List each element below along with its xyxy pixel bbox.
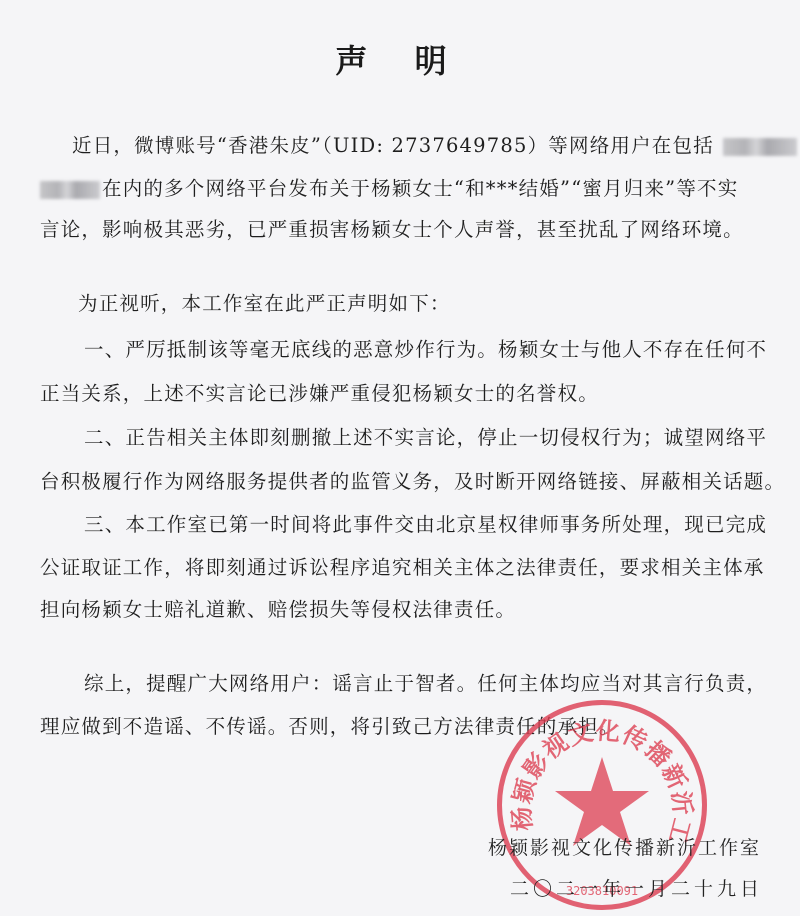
signature-date: 二〇二一年一月二十九日: [510, 875, 763, 903]
paragraph-1-line-3: 言论，影响极其恶劣，已严重损害杨颖女士个人声誉，甚至扰乱了网络环境。: [40, 216, 744, 244]
item-1-line-1: 一、严厉抵制该等毫无底线的恶意炒作行为。杨颖女士与他人不存在任何不: [84, 336, 767, 364]
paragraph-2-line-1: 为正视听，本工作室在此严正声明如下：: [78, 290, 451, 318]
statement-document: 声 明 近日，微博账号“香港朱皮”（UID: 2737649785）等网络用户在…: [0, 0, 800, 916]
signature-organization: 杨颖影视文化传播新沂工作室: [488, 834, 761, 862]
item-3-line-3: 担向杨颖女士赔礼道歉、赔偿损失等侵权法律责任。: [40, 596, 516, 624]
closing-line-1: 综上，提醒广大网络用户：谣言止于智者。任何主体均应当对其言行负责，: [84, 670, 767, 698]
paragraph-1-line-1: 近日，微博账号“香港朱皮”（UID: 2737649785）等网络用户在包括: [72, 132, 800, 160]
item-3-line-1: 三、本工作室已第一时间将此事件交由北京星权律师事务所处理，现已完成: [84, 511, 767, 539]
item-1-line-2: 正当关系，上述不实言论已涉嫌严重侵犯杨颖女士的名誉权。: [40, 380, 599, 408]
redacted-platform-name: [723, 138, 797, 156]
closing-line-2: 理应做到不造谣、不传谣。否则，将引致己方法律责任的承担。: [40, 713, 620, 741]
paragraph-1-text-2: 在内的多个网络平台发布关于杨颖女士“和***结婚”“蜜月归来”等不实: [102, 177, 738, 200]
item-2-line-2: 台积极履行作为网络服务提供者的监管义务，及时断开网络链接、屏蔽相关话题。: [40, 468, 785, 496]
redacted-platform-name-3: [40, 181, 100, 199]
paragraph-1-line-2: 在内的多个网络平台发布关于杨颖女士“和***结婚”“蜜月归来”等不实: [40, 175, 738, 203]
item-3-line-2: 公证取证工作，将即刻通过诉讼程序追究相关主体之法律责任，要求相关主体承: [40, 554, 765, 582]
document-title: 声 明: [0, 36, 800, 82]
paragraph-1-text: 近日，微博账号“香港朱皮”（UID: 2737649785）等网络用户在包括: [72, 134, 714, 157]
item-2-line-1: 二、正告相关主体即刻删撤上述不实言论，停止一切侵权行为；诚望网络平: [84, 424, 767, 452]
